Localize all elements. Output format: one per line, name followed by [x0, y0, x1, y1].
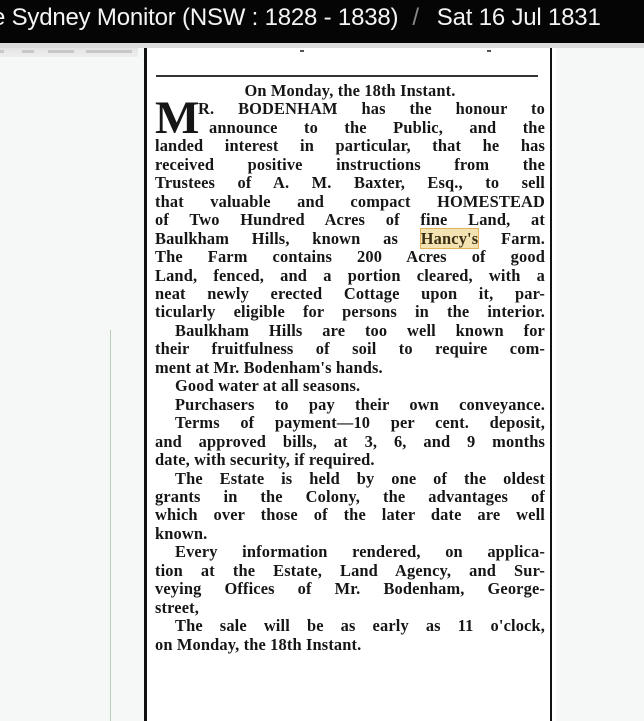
text-line: The Estate is held by one of the oldest	[155, 470, 545, 488]
text-line: ticularly eligible for persons in the in…	[155, 303, 545, 321]
article-text: On Monday, the 18th Instant. M R. BODENH…	[155, 82, 545, 654]
text-fragment: Baulkham Hills, known as	[155, 229, 398, 248]
issue-date-link[interactable]: Sat 16 Jul 1831	[437, 4, 601, 31]
text-line: Baulkham Hills are too well known for	[155, 322, 545, 340]
text-line: of Two Hundred Acres of fine Land, at	[155, 211, 545, 229]
text-line: Land, fenced, and a portion cleared, wit…	[155, 267, 545, 285]
text-line: ment at Mr. Bodenham's hands.	[155, 359, 545, 377]
article-separator-rule	[156, 75, 538, 77]
text-line: Terms of payment—10 per cent. deposit,	[155, 414, 545, 432]
text-line: grants in the Colony, the advantages of	[155, 488, 545, 506]
text-line-with-highlight: Baulkham Hills, known as Hancy's Farm.	[155, 230, 545, 248]
print-mark	[487, 50, 491, 52]
publication-title-link[interactable]: e Sydney Monitor (NSW : 1828 - 1838)	[0, 4, 398, 31]
text-line: that valuable and compact HOMESTEAD	[155, 193, 545, 211]
column-divider	[110, 330, 111, 721]
text-fragment: Farm.	[501, 229, 545, 248]
text-line: tion at the Estate, Land Agency, and Sur…	[155, 562, 545, 580]
opening-paragraph: M R. BODENHAM has the honour to announce…	[155, 100, 545, 137]
article-heading: On Monday, the 18th Instant.	[155, 82, 545, 100]
text-line: The sale will be as early as 11 o'clock,	[155, 617, 545, 635]
drop-cap: M	[155, 98, 200, 138]
print-mark	[300, 50, 304, 52]
column-rule-left	[144, 48, 147, 721]
text-line: received positive instructions from the	[155, 156, 545, 174]
text-line: R. BODENHAM has the honour to	[155, 100, 545, 118]
text-line: Good water at all seasons.	[155, 377, 545, 395]
text-line: their fruitfulness of soil to require co…	[155, 340, 545, 358]
text-line: Trustees of A. M. Baxter, Esq., to sell	[155, 174, 545, 192]
text-line: Every information rendered, on applica-	[155, 543, 545, 561]
text-line: on Monday, the 18th Instant.	[155, 636, 545, 654]
text-line: street,	[155, 599, 545, 617]
text-line: date, with security, if required.	[155, 451, 545, 469]
text-line: veying Offices of Mr. Bodenham, George-	[155, 580, 545, 598]
text-line: Purchasers to pay their own conveyance.	[155, 396, 545, 414]
text-line: known.	[155, 525, 545, 543]
text-line: and approved bills, at 3, 6, and 9 month…	[155, 433, 545, 451]
text-line: which over those of the later date are w…	[155, 506, 545, 524]
text-line: landed interest in particular, that he h…	[155, 137, 545, 155]
title-bar: e Sydney Monitor (NSW : 1828 - 1838)/Sat…	[0, 0, 644, 43]
text-line: The Farm contains 200 Acres of good	[155, 248, 545, 266]
adjacent-article-fragment	[0, 48, 138, 57]
column-rule-right	[550, 48, 552, 721]
breadcrumb-separator: /	[412, 4, 418, 31]
text-line: neat newly erected Cottage upon it, par-	[155, 285, 545, 303]
breadcrumb: e Sydney Monitor (NSW : 1828 - 1838)/Sat…	[0, 4, 601, 32]
text-line: announce to the Public, and the	[155, 119, 545, 137]
search-highlight[interactable]: Hancy's	[421, 229, 479, 248]
